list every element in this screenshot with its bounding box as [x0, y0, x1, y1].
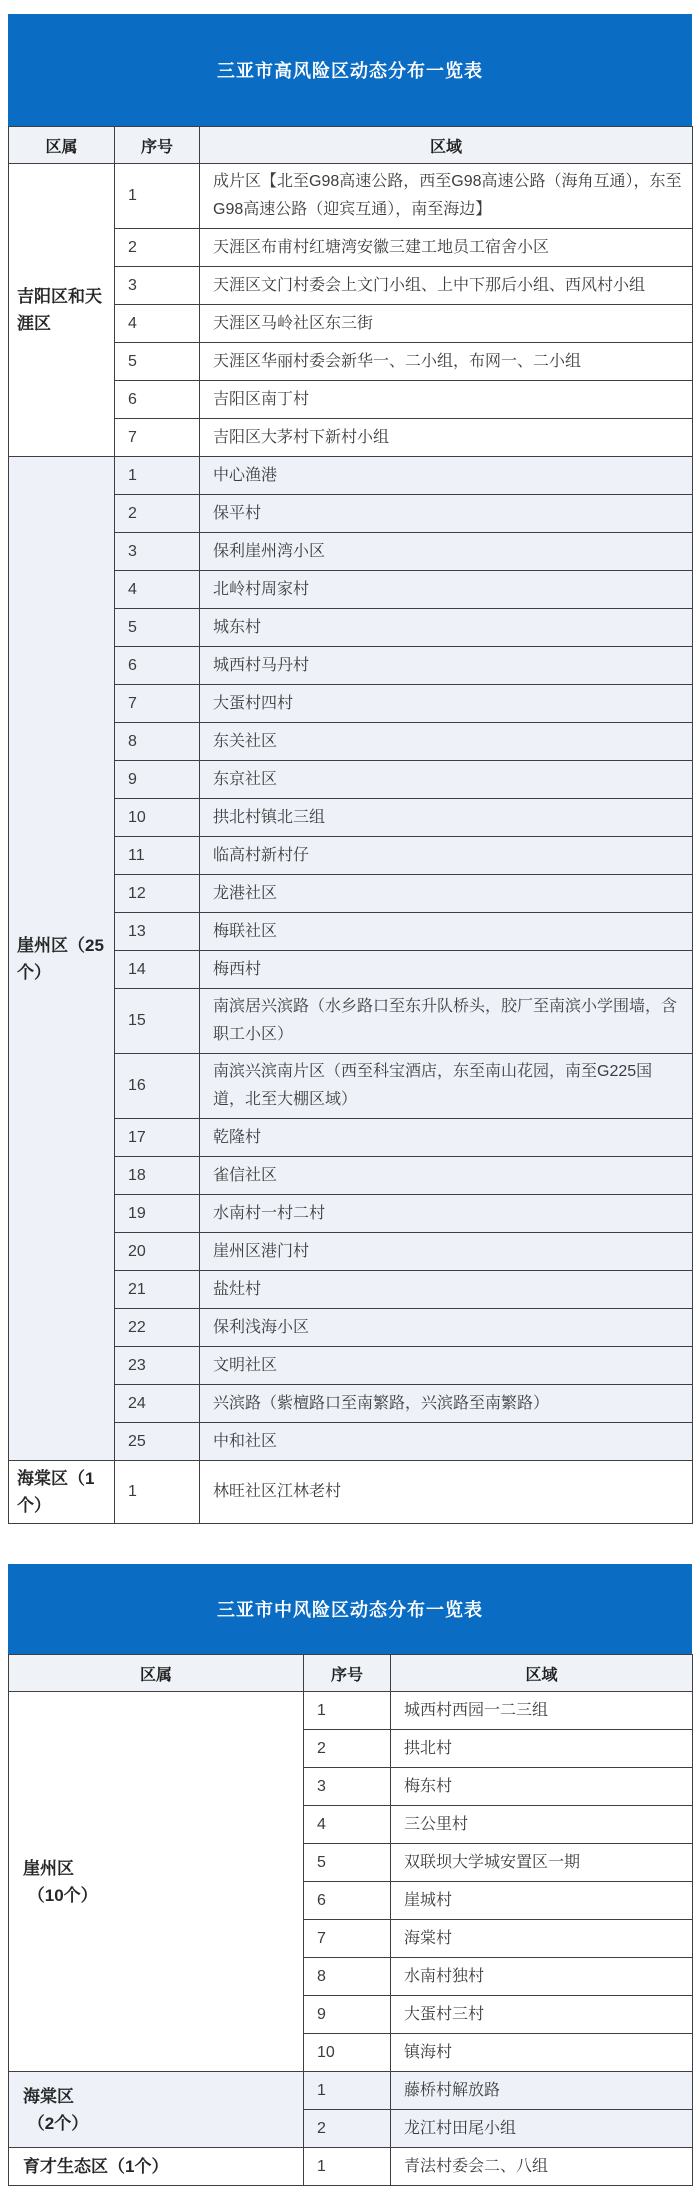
page: 三亚市高风险区动态分布一览表 区属序号区域吉阳区和天涯区1成片区【北至G98高速…	[0, 0, 700, 2186]
row-区域: 南滨居兴滨路（水乡路口至东升队桥头，胶厂至南滨小学围墙，含职工小区）	[200, 989, 693, 1054]
row-序号: 15	[115, 989, 200, 1054]
row-区域: 天涯区布甫村红塘湾安徽三建工地员工宿舍小区	[200, 229, 693, 267]
row-区域: 城西村西园一二三组	[391, 1692, 693, 1730]
row-区域: 中和社区	[200, 1423, 693, 1461]
column-header: 区属	[9, 1655, 304, 1692]
row-序号: 2	[304, 2110, 391, 2148]
row-序号: 16	[115, 1054, 200, 1119]
row-序号: 6	[115, 381, 200, 419]
row-序号: 2	[304, 1730, 391, 1768]
row-区域: 双联坝大学城安置区一期	[391, 1844, 693, 1882]
row-序号: 10	[115, 799, 200, 837]
row-区域: 吉阳区大茅村下新村小组	[200, 419, 693, 457]
row-序号: 3	[115, 533, 200, 571]
column-header: 区域	[200, 127, 693, 164]
row-序号: 24	[115, 1385, 200, 1423]
row-区域: 青法村委会二、八组	[391, 2148, 693, 2186]
row-区域: 水南村独村	[391, 1958, 693, 1996]
row-区域: 天涯区文门村委会上文门小组、上中下那后小组、西风村小组	[200, 267, 693, 305]
row-序号: 7	[304, 1920, 391, 1958]
medium-risk-table-section: 三亚市中风险区动态分布一览表 区属序号区域崖州区 （10个）1城西村西园一二三组…	[8, 1564, 692, 2186]
row-区域: 大蛋村三村	[391, 1996, 693, 2034]
row-序号: 5	[115, 609, 200, 647]
row-区域: 崖州区港门村	[200, 1233, 693, 1271]
row-序号: 1	[115, 457, 200, 495]
district-group-label: 吉阳区和天涯区	[9, 164, 115, 457]
row-序号: 20	[115, 1233, 200, 1271]
row-序号: 8	[115, 723, 200, 761]
row-区域: 保平村	[200, 495, 693, 533]
high-risk-table: 区属序号区域吉阳区和天涯区1成片区【北至G98高速公路，西至G98高速公路（海角…	[8, 126, 693, 1524]
row-序号: 6	[115, 647, 200, 685]
row-区域: 海棠村	[391, 1920, 693, 1958]
table-title: 三亚市高风险区动态分布一览表	[217, 57, 483, 83]
header-row: 区属序号区域	[9, 127, 693, 164]
row-区域: 天涯区华丽村委会新华一、二小组，布网一、二小组	[200, 343, 693, 381]
row-序号: 17	[115, 1119, 200, 1157]
row-序号: 23	[115, 1347, 200, 1385]
row-序号: 3	[115, 267, 200, 305]
row-序号: 7	[115, 419, 200, 457]
row-区域: 东关社区	[200, 723, 693, 761]
row-区域: 吉阳区南丁村	[200, 381, 693, 419]
row-序号: 1	[115, 164, 200, 229]
row-区域: 临高村新村仔	[200, 837, 693, 875]
row-区域: 藤桥村解放路	[391, 2072, 693, 2110]
row-序号: 11	[115, 837, 200, 875]
row-序号: 10	[304, 2034, 391, 2072]
row-序号: 9	[115, 761, 200, 799]
district-group-label: 育才生态区（1个）	[9, 2148, 304, 2186]
row-序号: 4	[115, 571, 200, 609]
row-区域: 三公里村	[391, 1806, 693, 1844]
row-区域: 南滨兴滨南片区（西至科宝酒店，东至南山花园，南至G225国道，北至大棚区域）	[200, 1054, 693, 1119]
column-header: 区属	[9, 127, 115, 164]
row-区域: 拱北村镇北三组	[200, 799, 693, 837]
row-区域: 镇海村	[391, 2034, 693, 2072]
row-序号: 18	[115, 1157, 200, 1195]
row-区域: 梅西村	[200, 951, 693, 989]
row-区域: 梅东村	[391, 1768, 693, 1806]
column-header: 序号	[115, 127, 200, 164]
district-group-label: 海棠区 （2个）	[9, 2072, 304, 2148]
row-序号: 14	[115, 951, 200, 989]
row-区域: 林旺社区江林老村	[200, 1461, 693, 1524]
row-序号: 2	[115, 495, 200, 533]
row-序号: 1	[304, 2072, 391, 2110]
table-row: 吉阳区和天涯区1成片区【北至G98高速公路，西至G98高速公路（海角互通），东至…	[9, 164, 693, 229]
row-序号: 4	[304, 1806, 391, 1844]
table-title: 三亚市中风险区动态分布一览表	[217, 1596, 483, 1622]
row-区域: 北岭村周家村	[200, 571, 693, 609]
row-序号: 4	[115, 305, 200, 343]
row-序号: 21	[115, 1271, 200, 1309]
row-序号: 1	[115, 1461, 200, 1524]
row-区域: 拱北村	[391, 1730, 693, 1768]
medium-risk-title-banner: 三亚市中风险区动态分布一览表	[8, 1564, 692, 1654]
row-序号: 6	[304, 1882, 391, 1920]
row-区域: 中心渔港	[200, 457, 693, 495]
row-区域: 兴滨路（紫檀路口至南繁路，兴滨路至南繁路）	[200, 1385, 693, 1423]
row-区域: 保利崖州湾小区	[200, 533, 693, 571]
row-序号: 5	[115, 343, 200, 381]
row-区域: 城东村	[200, 609, 693, 647]
row-区域: 文明社区	[200, 1347, 693, 1385]
table-row: 崖州区（25个）1中心渔港	[9, 457, 693, 495]
row-区域: 水南村一村二村	[200, 1195, 693, 1233]
row-区域: 成片区【北至G98高速公路，西至G98高速公路（海角互通），东至G98高速公路（…	[200, 164, 693, 229]
table-row: 海棠区（1个）1林旺社区江林老村	[9, 1461, 693, 1524]
row-序号: 19	[115, 1195, 200, 1233]
row-区域: 龙江村田尾小组	[391, 2110, 693, 2148]
table-row: 崖州区 （10个）1城西村西园一二三组	[9, 1692, 693, 1730]
row-序号: 9	[304, 1996, 391, 2034]
high-risk-table-section: 三亚市高风险区动态分布一览表 区属序号区域吉阳区和天涯区1成片区【北至G98高速…	[8, 14, 692, 1524]
table-row: 海棠区 （2个）1藤桥村解放路	[9, 2072, 693, 2110]
row-序号: 8	[304, 1958, 391, 1996]
table-row: 育才生态区（1个）1青法村委会二、八组	[9, 2148, 693, 2186]
row-区域: 天涯区马岭社区东三街	[200, 305, 693, 343]
row-序号: 1	[304, 2148, 391, 2186]
district-group-label: 海棠区（1个）	[9, 1461, 115, 1524]
row-区域: 雀信社区	[200, 1157, 693, 1195]
row-区域: 盐灶村	[200, 1271, 693, 1309]
row-区域: 东京社区	[200, 761, 693, 799]
medium-risk-table: 区属序号区域崖州区 （10个）1城西村西园一二三组2拱北村3梅东村4三公里村5双…	[8, 1654, 693, 2186]
district-group-label: 崖州区（25个）	[9, 457, 115, 1461]
row-序号: 3	[304, 1768, 391, 1806]
row-区域: 梅联社区	[200, 913, 693, 951]
district-group-label: 崖州区 （10个）	[9, 1692, 304, 2072]
row-区域: 龙港社区	[200, 875, 693, 913]
row-区域: 大蛋村四村	[200, 685, 693, 723]
row-区域: 崖城村	[391, 1882, 693, 1920]
row-序号: 7	[115, 685, 200, 723]
row-序号: 25	[115, 1423, 200, 1461]
column-header: 序号	[304, 1655, 391, 1692]
header-row: 区属序号区域	[9, 1655, 693, 1692]
row-区域: 乾隆村	[200, 1119, 693, 1157]
row-区域: 城西村马丹村	[200, 647, 693, 685]
row-序号: 22	[115, 1309, 200, 1347]
row-序号: 5	[304, 1844, 391, 1882]
row-序号: 13	[115, 913, 200, 951]
row-序号: 12	[115, 875, 200, 913]
high-risk-title-banner: 三亚市高风险区动态分布一览表	[8, 14, 692, 126]
row-序号: 2	[115, 229, 200, 267]
row-序号: 1	[304, 1692, 391, 1730]
row-区域: 保利浅海小区	[200, 1309, 693, 1347]
column-header: 区域	[391, 1655, 693, 1692]
